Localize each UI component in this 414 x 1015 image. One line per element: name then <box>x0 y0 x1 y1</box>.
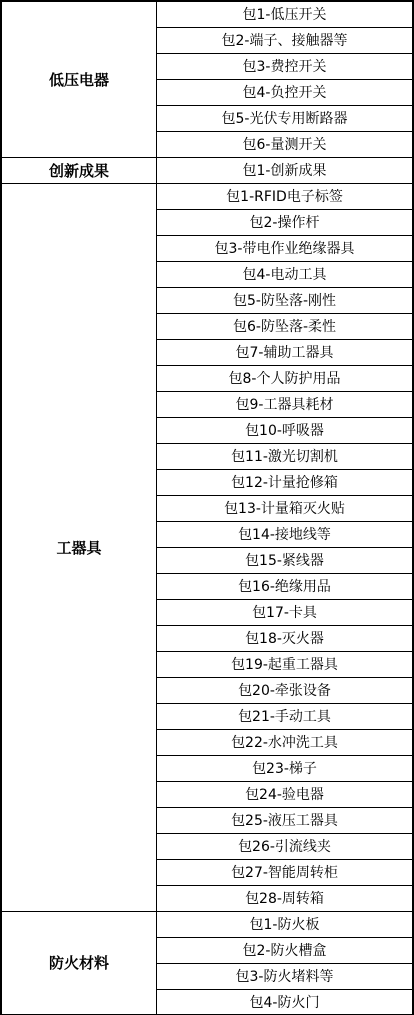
package-cell: 包22-水冲洗工具 <box>157 729 414 755</box>
package-cell: 包3-费控开关 <box>157 53 414 79</box>
package-cell: 包5-防坠落-刚性 <box>157 287 414 313</box>
package-cell: 包20-牵张设备 <box>157 677 414 703</box>
table-row: 工器具包1-RFID电子标签 <box>1 183 413 209</box>
package-cell: 包1-防火板 <box>157 911 414 937</box>
table-row: 防火材料包1-防火板 <box>1 911 413 937</box>
package-cell: 包1-创新成果 <box>157 157 414 183</box>
package-cell: 包3-带电作业绝缘器具 <box>157 235 414 261</box>
package-cell: 包21-手动工具 <box>157 703 414 729</box>
package-cell: 包12-计量抢修箱 <box>157 469 414 495</box>
package-cell: 包5-光伏专用断路器 <box>157 105 414 131</box>
package-cell: 包11-激光切割机 <box>157 443 414 469</box>
package-cell: 包16-绝缘用品 <box>157 573 414 599</box>
package-cell: 包4-负控开关 <box>157 79 414 105</box>
category-cell: 创新成果 <box>1 157 157 183</box>
package-cell: 包18-灭火器 <box>157 625 414 651</box>
package-cell: 包23-梯子 <box>157 755 414 781</box>
package-cell: 包4-防火门 <box>157 989 414 1015</box>
package-cell: 包26-引流线夹 <box>157 833 414 859</box>
package-cell: 包27-智能周转柜 <box>157 859 414 885</box>
package-cell: 包2-端子、接触器等 <box>157 27 414 53</box>
package-cell: 包8-个人防护用品 <box>157 365 414 391</box>
package-cell: 包17-卡具 <box>157 599 414 625</box>
package-cell: 包6-量测开关 <box>157 131 414 157</box>
category-cell: 防火材料 <box>1 911 157 1015</box>
package-cell: 包13-计量箱灭火贴 <box>157 495 414 521</box>
package-cell: 包4-电动工具 <box>157 261 414 287</box>
package-cell: 包24-验电器 <box>157 781 414 807</box>
procurement-package-table: 低压电器包1-低压开关包2-端子、接触器等包3-费控开关包4-负控开关包5-光伏… <box>0 0 414 1015</box>
category-cell: 低压电器 <box>1 1 157 157</box>
package-cell: 包15-紧线器 <box>157 547 414 573</box>
package-cell: 包6-防坠落-柔性 <box>157 313 414 339</box>
package-cell: 包10-呼吸器 <box>157 417 414 443</box>
package-cell: 包25-液压工器具 <box>157 807 414 833</box>
package-cell: 包2-防火槽盒 <box>157 937 414 963</box>
package-cell: 包7-辅助工器具 <box>157 339 414 365</box>
package-cell: 包19-起重工器具 <box>157 651 414 677</box>
table-row: 创新成果包1-创新成果 <box>1 157 413 183</box>
procurement-table-body: 低压电器包1-低压开关包2-端子、接触器等包3-费控开关包4-负控开关包5-光伏… <box>1 1 413 1015</box>
package-cell: 包14-接地线等 <box>157 521 414 547</box>
package-cell: 包1-低压开关 <box>157 1 414 27</box>
package-cell: 包2-操作杆 <box>157 209 414 235</box>
package-cell: 包3-防火堵料等 <box>157 963 414 989</box>
package-cell: 包1-RFID电子标签 <box>157 183 414 209</box>
package-cell: 包28-周转箱 <box>157 885 414 911</box>
category-cell: 工器具 <box>1 183 157 911</box>
package-cell: 包9-工器具耗材 <box>157 391 414 417</box>
table-row: 低压电器包1-低压开关 <box>1 1 413 27</box>
